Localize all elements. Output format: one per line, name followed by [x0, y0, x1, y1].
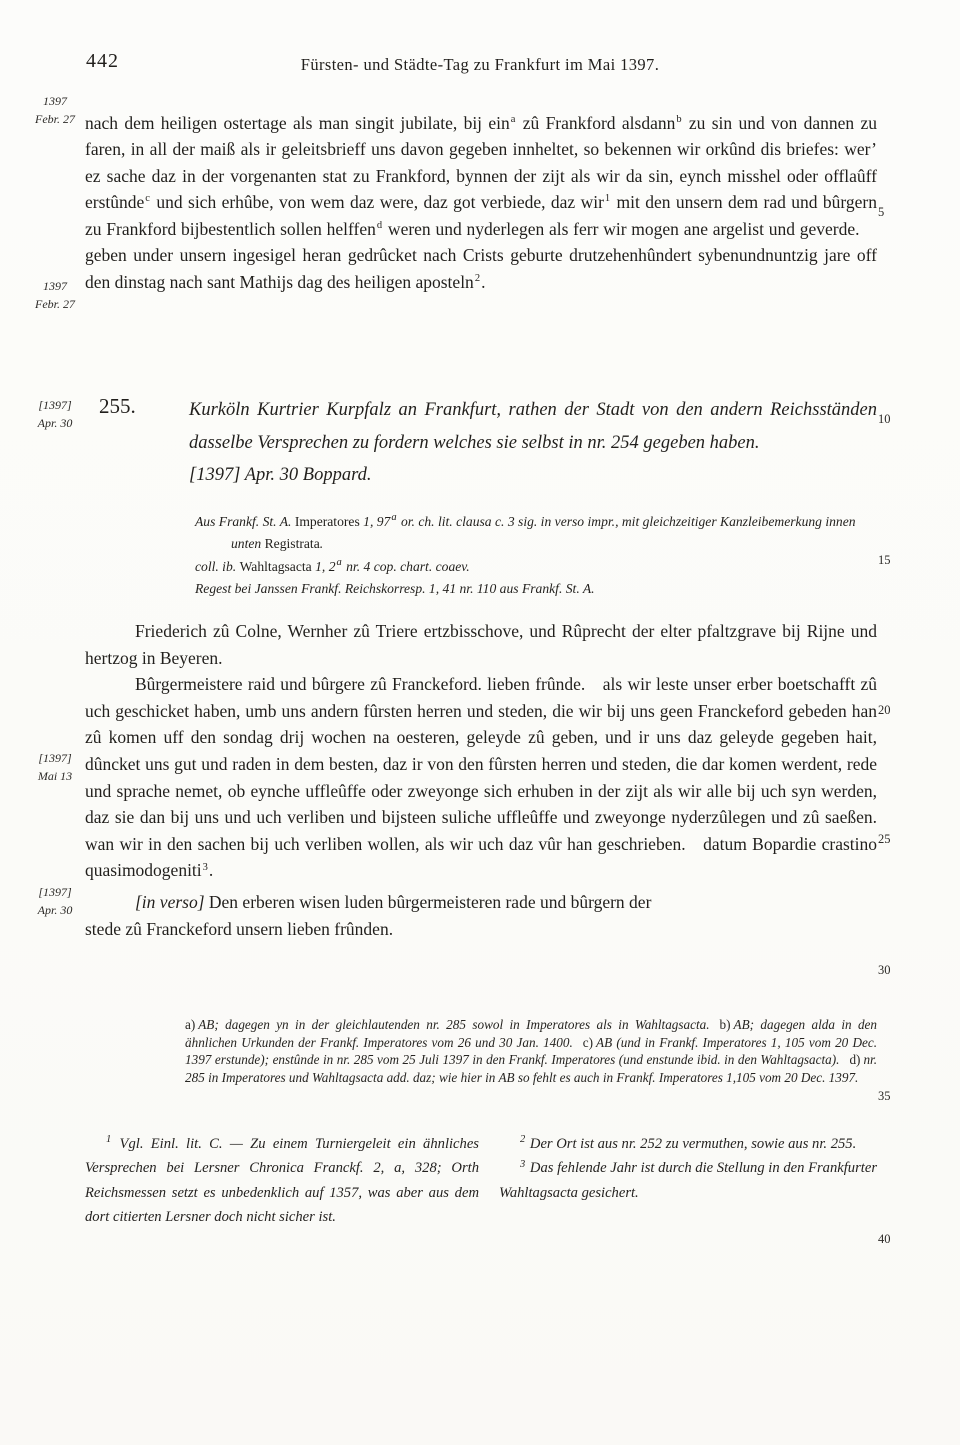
letter-255-text: Friederich zû Colne, Wernher zû Triere e… [85, 618, 877, 942]
line-number: 40 [878, 1232, 904, 1247]
text-run: zû Frankford alsdann [516, 113, 675, 133]
footnote-text-2: Der Ort ist aus nr. 252 zu vermuthen, so… [526, 1136, 856, 1152]
text-run: nr. 4 cop. chart. coaev. [343, 559, 470, 574]
text-run: Wahltagsacta [240, 559, 316, 574]
line-number: 35 [878, 1089, 904, 1104]
variant-note-label-d: d) [839, 1052, 863, 1067]
margin-date-day: Apr. 30 [22, 901, 88, 919]
doc-254-continuation-paragraph: nach dem heiligen ostertage als man sing… [85, 110, 877, 296]
in-verso-label: [in verso] [135, 892, 205, 912]
variant-note-label-c: c) [573, 1035, 596, 1050]
footnote-3: 3 Das fehlende Jahr ist durch die Stellu… [499, 1156, 877, 1205]
source-line-collation: coll. ib. Wahltagsacta 1, 2a nr. 4 cop. … [195, 556, 877, 578]
footnote-column-right: 2 Der Ort ist aus nr. 252 zu vermuthen, … [499, 1132, 877, 1230]
regest-title: Kurköln Kurtrier Kurpfalz an Frankfurt, … [189, 400, 877, 453]
margin-date-day: Febr. 27 [22, 110, 88, 128]
text-run: . [481, 272, 485, 292]
folio-superscript: a [390, 512, 397, 523]
variant-ref-c: c [144, 193, 151, 204]
text-run: . [320, 536, 323, 551]
line-number: 25 [878, 832, 904, 847]
letter-verso-address: [in verso] Den erberen wisen luden bûrge… [85, 889, 663, 942]
footnote-1: 1 Vgl. Einl. lit. C. — Zu einem Turnierg… [85, 1132, 479, 1230]
margin-date-year: [1397] [22, 396, 88, 414]
source-line-regest: Regest bei Janssen Frankf. Reichskorresp… [195, 578, 877, 600]
regest-number: 255. [85, 394, 189, 492]
variant-note-label-b: b) [710, 1017, 734, 1032]
text-run: Bûrgermeistere raid und bûrgere zû Franc… [85, 674, 877, 880]
source-apparatus: Aus Frankf. St. A. Imperatores 1, 97a or… [195, 511, 877, 600]
folio-superscript: a [335, 557, 342, 568]
variant-note-text-a: AB; dagegen yn in der gleichlautenden nr… [198, 1017, 709, 1032]
text-run: und sich erhûbe, von wem daz were, daz g… [151, 192, 604, 212]
margin-date-note: 1397 Febr. 27 [22, 92, 88, 128]
margin-date-day: Febr. 27 [22, 295, 88, 313]
margin-date-note: 1397 Febr. 27 [22, 277, 88, 313]
text-run: 1, 2 [315, 559, 335, 574]
text-run: . [209, 860, 213, 880]
running-title: Fürsten- und Städte-Tag zu Frankfurt im … [0, 55, 960, 75]
margin-date-day: Mai 13 [22, 767, 88, 785]
text-run: Imperatores [295, 514, 363, 529]
footnote-area: 1 Vgl. Einl. lit. C. — Zu einem Turnierg… [85, 1132, 877, 1230]
text-run: 1, 97 [363, 514, 390, 529]
line-number: 30 [878, 963, 904, 978]
footnote-text-1: Vgl. Einl. lit. C. — Zu einem Turniergel… [85, 1136, 479, 1225]
text-run: Registrata [265, 536, 320, 551]
letter-body: Bûrgermeistere raid und bûrgere zû Franc… [85, 671, 877, 884]
letter-senders: Friederich zû Colne, Wernher zû Triere e… [85, 618, 877, 671]
line-number: 10 [878, 412, 904, 427]
regest-title-block: Kurköln Kurtrier Kurpfalz an Frankfurt, … [189, 394, 877, 492]
footnote-ref-3: 3 [202, 862, 209, 873]
footnote-ref-2: 2 [474, 273, 481, 284]
margin-date-note: [1397] Mai 13 [22, 749, 88, 785]
variant-ref-b: b [675, 114, 682, 125]
footnote-text-3: Das fehlende Jahr ist durch die Stellung… [499, 1160, 877, 1200]
margin-date-note: [1397] Apr. 30 [22, 396, 88, 432]
regest-255-heading: 255. Kurköln Kurtrier Kurpfalz an Frankf… [85, 394, 877, 492]
regest-dateline: [1397] Apr. 30 Boppard. [189, 459, 877, 492]
source-line-archive: Aus Frankf. St. A. Imperatores 1, 97a or… [195, 511, 877, 556]
line-number: 15 [878, 553, 904, 568]
margin-date-year: 1397 [22, 277, 88, 295]
margin-date-year: [1397] [22, 883, 88, 901]
line-number: 20 [878, 703, 904, 718]
margin-date-day: Apr. 30 [22, 414, 88, 432]
text-run: Aus Frankf. St. A. [195, 514, 295, 529]
footnote-2: 2 Der Ort ist aus nr. 252 zu vermuthen, … [499, 1132, 877, 1156]
footnote-column-left: 1 Vgl. Einl. lit. C. — Zu einem Turnierg… [85, 1132, 479, 1230]
margin-date-year: [1397] [22, 749, 88, 767]
margin-date-note: [1397] Apr. 30 [22, 883, 88, 919]
line-number: 5 [878, 205, 904, 220]
variant-note-label-a: a) [185, 1017, 198, 1032]
scanned-book-page: 442 Fürsten- und Städte-Tag zu Frankfurt… [0, 0, 960, 1445]
margin-date-year: 1397 [22, 92, 88, 110]
text-run: coll. ib. [195, 559, 240, 574]
text-run: nach dem heiligen ostertage als man sing… [85, 113, 510, 133]
variant-notes: a)AB; dagegen yn in der gleichlautenden … [185, 1016, 877, 1087]
